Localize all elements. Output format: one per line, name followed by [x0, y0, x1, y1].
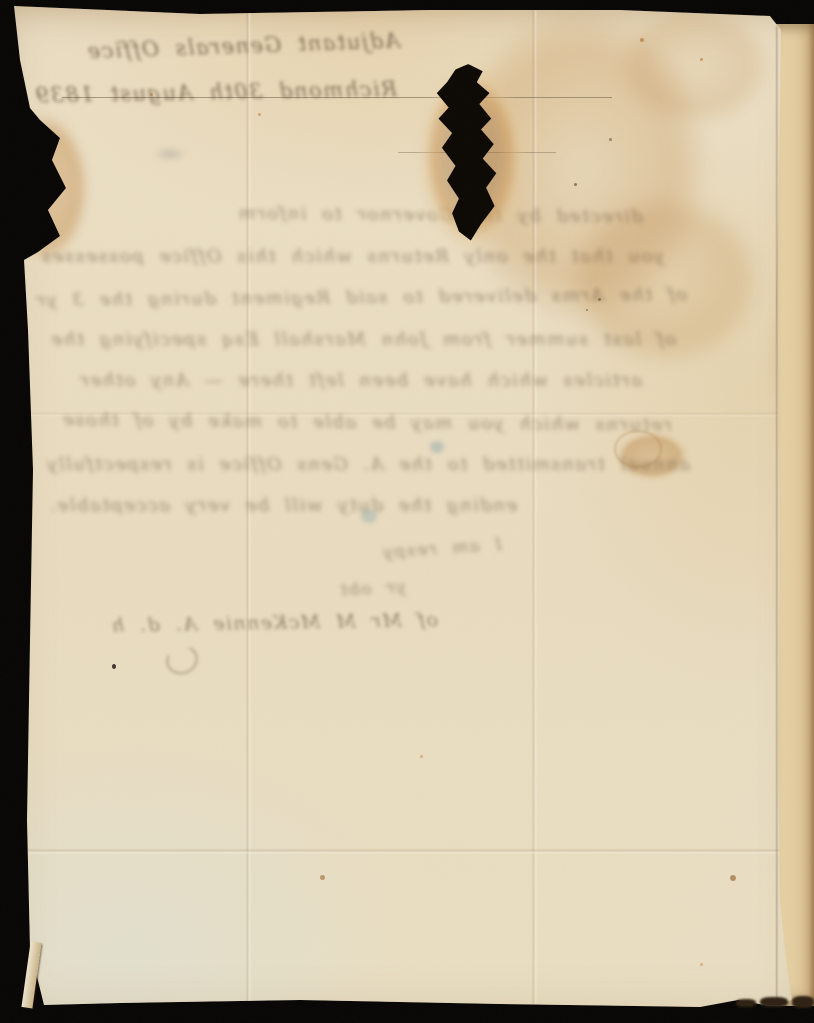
ink-bleed-line: directed by the Governor to inform — [88, 202, 643, 228]
blue-gray-spot — [430, 441, 444, 453]
scanned-letter-page: Adjutant Generals Office Richmond 30th A… — [0, 0, 814, 1023]
ink-bleed-line: Adjutant Generals Office — [80, 28, 401, 63]
ink-speck — [112, 664, 116, 669]
ink-bleed-line: you that the only Returns which this Off… — [52, 246, 664, 267]
foxing-speck — [700, 58, 703, 61]
paper-sheet: Adjutant Generals Office Richmond 30th A… — [0, 0, 814, 1023]
bottom-edge-tear — [792, 996, 814, 1008]
right-edge-groove — [776, 26, 779, 1004]
ink-bleed-line: ending the duty will be very acceptable. — [172, 495, 517, 516]
ink-bleed-line: articles which have been left there — An… — [42, 370, 642, 391]
ink-bleed-line: of last summer from John Marshall Esq sp… — [36, 329, 676, 350]
foxing-speck — [258, 113, 261, 116]
foxing-speck — [700, 963, 703, 966]
ink-speck — [574, 183, 577, 186]
ink-bleed-signature: of Mr M McKennie A. d. h — [88, 609, 438, 637]
foxing-speck — [730, 875, 736, 881]
horizontal-fold-crease — [28, 849, 784, 854]
foxing-speck — [640, 38, 644, 42]
ink-bleed-line: returns which you may be able to make by… — [40, 409, 672, 436]
bottom-edge-tear — [760, 997, 788, 1007]
gray-smudge — [150, 146, 190, 162]
ink-bleed-line: Richmond 30th August 1839 — [52, 77, 397, 107]
ink-speck — [586, 309, 588, 311]
water-stain-lower-lobe — [540, 170, 790, 390]
ink-bleed-line: annual transmitted to the A. Gens Office… — [50, 454, 690, 475]
ink-bleed-closing: yr obt — [306, 577, 407, 602]
foxing-speck — [420, 755, 423, 758]
ink-bleed-closing: I am respy — [351, 535, 502, 565]
ink-speck — [609, 138, 612, 141]
water-stain-upper-lobe — [600, 0, 790, 140]
bottom-edge-tear — [736, 999, 756, 1007]
ink-bleed-line: of the Arms delivered to said Regiment d… — [42, 284, 687, 311]
foxing-speck — [320, 875, 325, 880]
signature-flourish — [162, 641, 202, 678]
